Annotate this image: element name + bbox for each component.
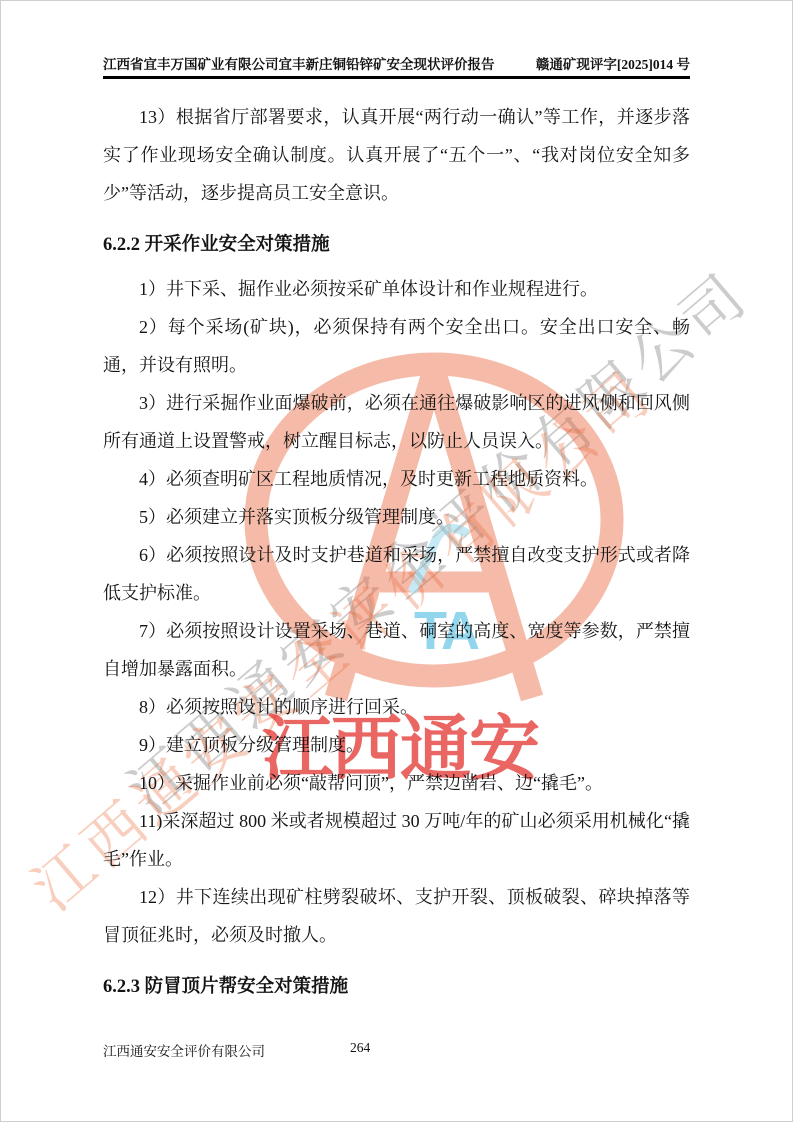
- page-header: 江西省宜丰万国矿业有限公司宜丰新庄铜铅锌矿安全现状评价报告 赣通矿现评字[202…: [103, 53, 690, 73]
- page-footer: 江西通安安全评价有限公司 264: [103, 1040, 690, 1060]
- header-document-number: 赣通矿现评字[2025]014 号: [536, 53, 690, 73]
- header-report-title: 江西省宜丰万国矿业有限公司宜丰新庄铜铅锌矿安全现状评价报告: [103, 53, 495, 73]
- body-paragraph: 13）根据省厅部署要求，认真开展“两行动一确认”等工作，并逐步落实了作业现场安全…: [103, 98, 690, 212]
- body-paragraph: 10）采掘作业前必须“敲帮问顶”，严禁边凿岩、边“撬毛”。: [103, 764, 690, 802]
- body-paragraph: 4）必须查明矿区工程地质情况，及时更新工程地质资料。: [103, 460, 690, 498]
- body-paragraph: 1）井下采、掘作业必须按采矿单体设计和作业规程进行。: [103, 270, 690, 308]
- body-paragraph: 2）每个采场(矿块)，必须保持有两个安全出口。安全出口安全、畅通，并设有照明。: [103, 308, 690, 384]
- body-paragraph: 12）井下连续出现矿柱劈裂破坏、支护开裂、顶板破裂、碎块掉落等冒顶征兆时，必须及…: [103, 878, 690, 954]
- footer-page-number: 264: [350, 1040, 370, 1056]
- body-paragraph: 7）必须按照设计设置采场、巷道、硐室的高度、宽度等参数，严禁擅自增加暴露面积。: [103, 612, 690, 688]
- body-paragraph: 3）进行采掘作业面爆破前，必须在通往爆破影响区的进风侧和回风侧所有通道上设置警戒…: [103, 384, 690, 460]
- body-paragraph: 11)采深超过 800 米或者规模超过 30 万吨/年的矿山必须采用机械化“撬毛…: [103, 802, 690, 878]
- section-heading: 6.2.2 开采作业安全对策措施: [103, 226, 690, 264]
- body-paragraph: 9）建立顶板分级管理制度。: [103, 726, 690, 764]
- body-content: 13）根据省厅部署要求，认真开展“两行动一确认”等工作，并逐步落实了作业现场安全…: [103, 98, 690, 1012]
- section-heading: 6.2.3 防冒顶片帮安全对策措施: [103, 968, 690, 1006]
- header-divider: [103, 76, 690, 79]
- body-paragraph: 8）必须按照设计的顺序进行回采。: [103, 688, 690, 726]
- document-page: 江西通安安全评价有限公司 江西通安安全评价有限公司 TA 江西通安 江西省宜丰万…: [0, 0, 793, 1122]
- footer-company-name: 江西通安安全评价有限公司: [103, 1044, 265, 1059]
- body-paragraph: 5）必须建立并落实顶板分级管理制度。: [103, 498, 690, 536]
- body-paragraph: 6）必须按照设计及时支护巷道和采场，严禁擅自改变支护形式或者降低支护标准。: [103, 536, 690, 612]
